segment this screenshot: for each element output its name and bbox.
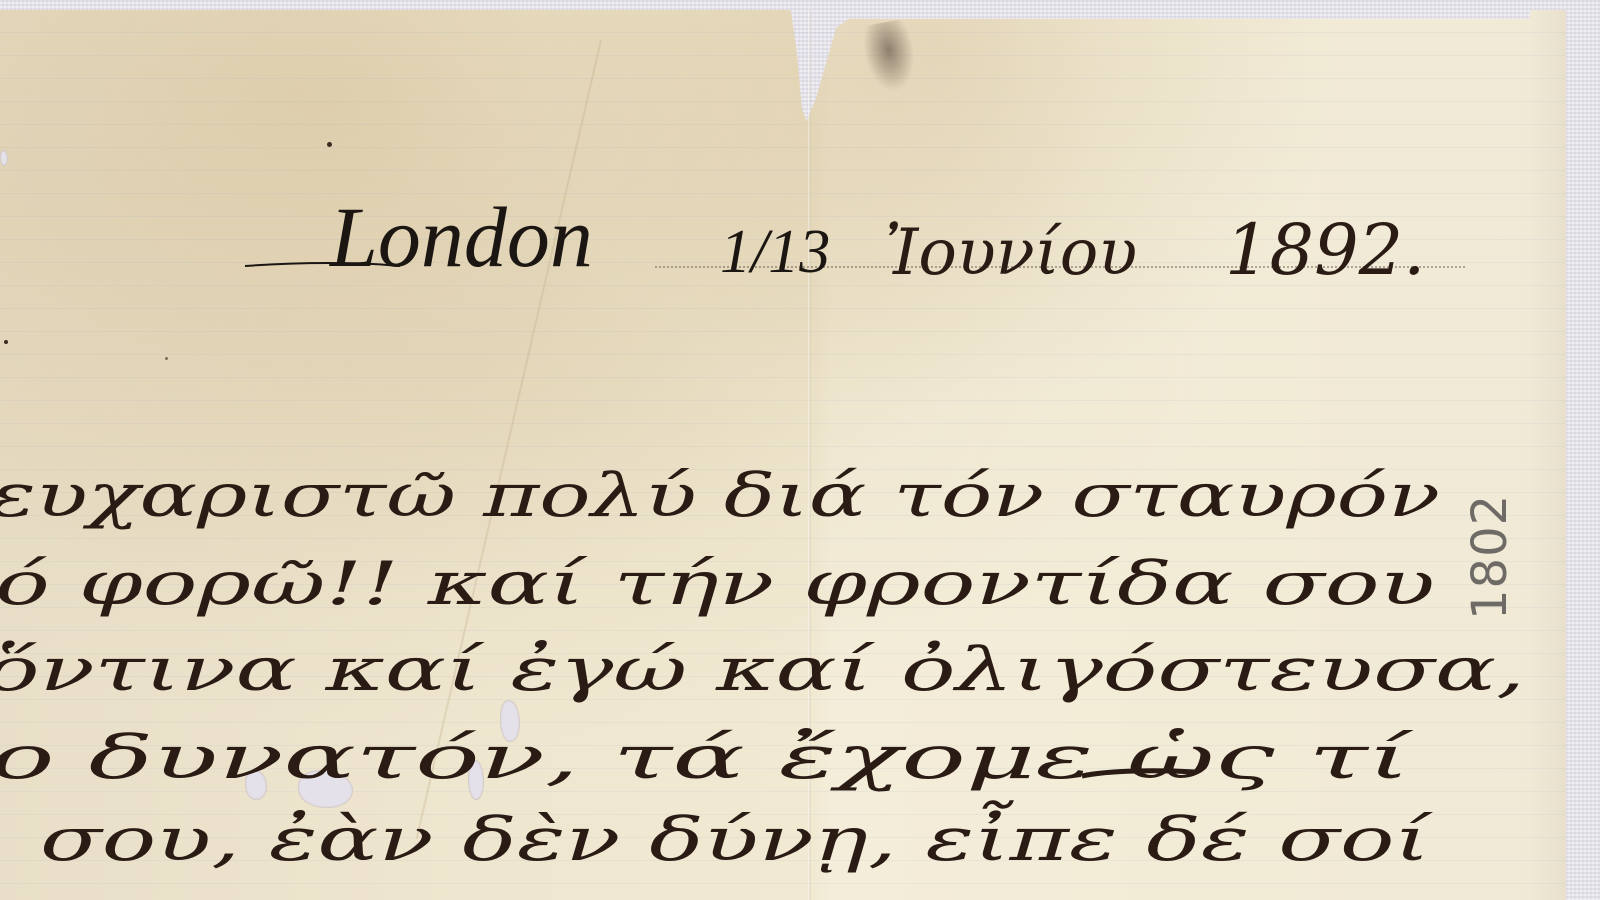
letterhead-year: 1892. — [1225, 209, 1425, 291]
photo-stage: London 1/13 Ἰουνίου 1892. ευχαριστῶ πολύ… — [0, 0, 1600, 900]
letter-line-5: σου, ἐὰν δὲν δύνῃ, εἶπε δέ σοί — [40, 800, 1434, 875]
letter-line-2: ό φορῶ!! καί τήν φροντίδα σου — [0, 549, 1435, 619]
letter-line-1: ευχαριστῶ πολύ διά τόν σταυρόν — [0, 461, 1440, 531]
letterhead-month: Ἰουνίου — [885, 216, 1137, 290]
letterhead-date-fraction: 1/13 — [720, 218, 830, 286]
letter-line-3: ὅντινα καί ἐγώ καί ὀλιγόστευσα, — [0, 635, 1525, 705]
handwriting-layer: London 1/13 Ἰουνίου 1892. ευχαριστῶ πολύ… — [0, 0, 1600, 900]
letter-line-4: ο δυνατόν, τά ἔχομε ὡς τί — [0, 723, 1414, 793]
letterhead-place: London — [328, 189, 593, 285]
pencil-catalog-number: 1802 — [1460, 520, 1520, 620]
